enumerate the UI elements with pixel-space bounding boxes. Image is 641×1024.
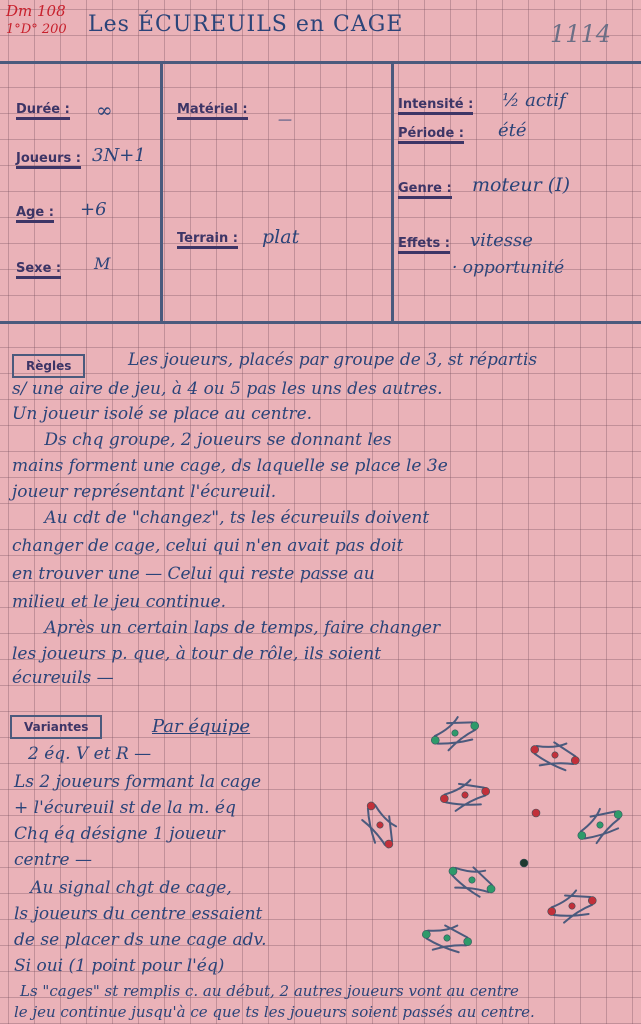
variantes-heading: Par équipe	[152, 716, 250, 737]
variantes-line: + l'écureuil st de la m. éq	[14, 798, 236, 818]
intensite-label: Intensité :	[398, 97, 473, 115]
cage-red	[527, 735, 583, 775]
table-top-border	[0, 61, 641, 64]
variantes-line: Au signal chgt de cage,	[14, 878, 232, 898]
central-player-dark	[520, 859, 528, 867]
age-label: Age :	[16, 205, 54, 223]
duree-value: ∞	[96, 98, 113, 122]
sexe-label: Sexe :	[16, 261, 61, 279]
regles-line: écureuils —	[12, 668, 114, 688]
regles-line: Ds chq groupe, 2 joueurs se donnant les	[12, 430, 392, 450]
regles-line: les joueurs p. que, à tour de rôle, ils …	[12, 644, 381, 664]
terrain-value: plat	[262, 226, 299, 248]
card-number: 1114	[550, 20, 611, 48]
cage-red	[357, 796, 404, 853]
table-bottom-border	[0, 321, 641, 324]
sexe-value: M	[94, 254, 110, 273]
genre-value: moteur (I)	[472, 174, 570, 196]
variantes-footer-line: le jeu continue jusqu'à ce que ts les jo…	[14, 1003, 535, 1021]
variantes-line: Chq éq désigne 1 joueur	[14, 824, 225, 844]
cage-red	[438, 777, 492, 813]
genre-label: Genre :	[398, 181, 452, 199]
table-divider-1	[160, 62, 163, 322]
cage-green	[571, 800, 628, 849]
cage-diagram	[350, 700, 641, 960]
variantes-line: Si oui (1 point pour l'éq)	[14, 956, 224, 976]
regles-line: joueur représentant l'écureuil.	[12, 482, 276, 502]
variantes-line: 2 éq. V et R —	[28, 744, 151, 764]
effets-value-2: · opportunité	[452, 258, 564, 278]
joueurs-label: Joueurs :	[16, 151, 81, 169]
age-value: +6	[80, 199, 107, 220]
cage-green	[443, 857, 500, 904]
terrain-label: Terrain :	[177, 231, 238, 249]
variantes-label: Variantes	[10, 715, 102, 739]
archive-ref-2: 1°D° 200	[6, 22, 67, 37]
central-player-red	[532, 809, 540, 817]
variantes-line: de se placer ds une cage adv.	[14, 930, 267, 950]
variantes-line: ls joueurs du centre essaient	[14, 904, 262, 924]
regles-line: en trouver une — Celui qui reste passe a…	[12, 564, 375, 584]
regles-line: Les joueurs, placés par groupe de 3, st …	[128, 350, 537, 370]
regles-line: Après un certain laps de temps, faire ch…	[12, 618, 440, 638]
effets-value-1: vitesse	[470, 230, 533, 251]
regles-line: Au cdt de "changez", ts les écureuils do…	[12, 508, 429, 528]
joueurs-value: 3N+1	[92, 145, 146, 166]
table-divider-2	[391, 62, 394, 322]
periode-label: Période :	[398, 126, 464, 144]
variantes-line: Ls 2 joueurs formant la cage	[14, 772, 261, 792]
regles-line: milieu et le jeu continue.	[12, 592, 226, 612]
regles-line: mains forment une cage, ds laquelle se p…	[12, 456, 448, 476]
variantes-footer-line: Ls "cages" st remplis c. au début, 2 aut…	[20, 982, 519, 1000]
duree-label: Durée :	[16, 102, 70, 120]
cage-red	[544, 886, 600, 926]
cage-green	[420, 920, 474, 956]
cage-green	[427, 711, 484, 754]
regles-label: Règles	[12, 354, 85, 378]
materiel-label: Matériel :	[177, 102, 248, 120]
regles-line: s/ une aire de jeu, à 4 ou 5 pas les uns…	[12, 379, 442, 399]
archive-ref-1: Dm 108	[6, 2, 66, 20]
materiel-value: —	[278, 112, 292, 128]
effets-label: Effets :	[398, 236, 450, 254]
regles-line: Un joueur isolé se place au centre.	[12, 404, 312, 424]
page-title: Les ÉCUREUILS en CAGE	[88, 12, 403, 37]
periode-value: été	[498, 120, 527, 141]
variantes-line: centre —	[14, 850, 92, 870]
regles-line: changer de cage, celui qui n'en avait pa…	[12, 536, 403, 556]
intensite-value: ½ actif	[502, 90, 566, 111]
